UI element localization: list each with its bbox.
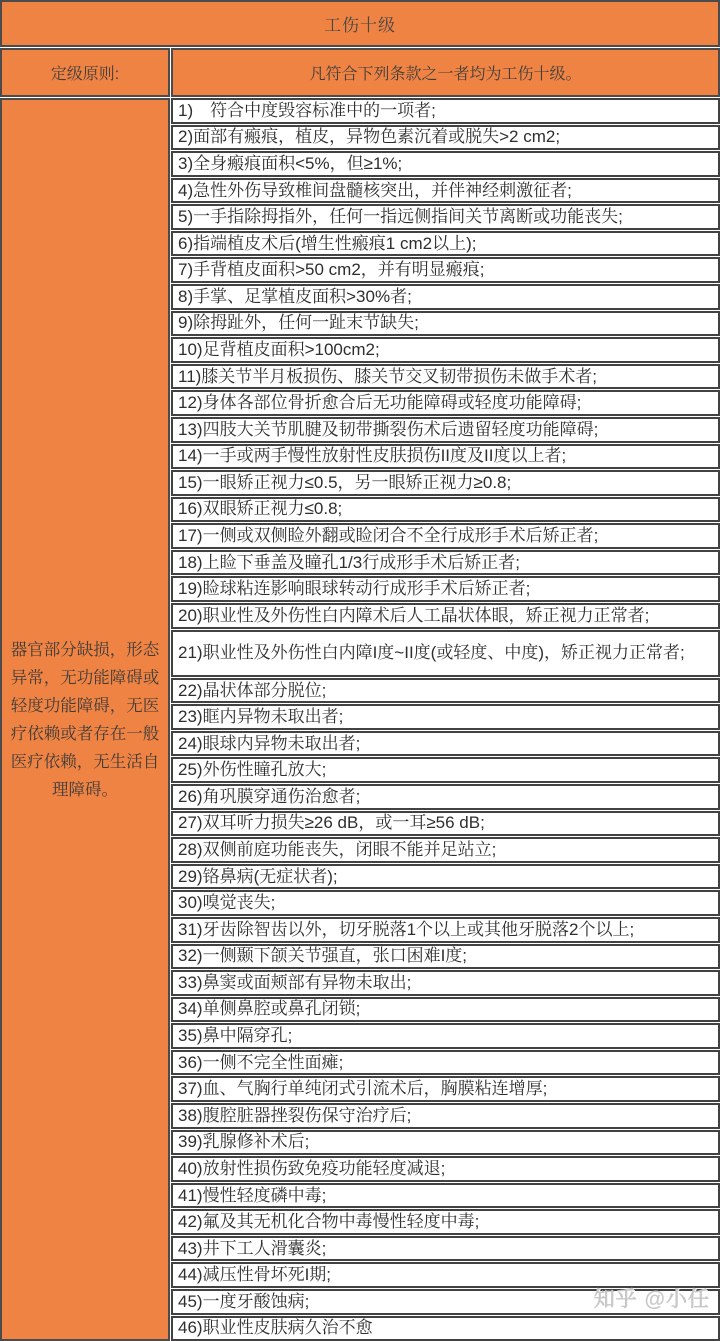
criteria-item: 39)乳腺修补术后; bbox=[171, 1130, 720, 1156]
criteria-item: 12)身体各部位骨折愈合后无功能障碍或轻度功能障碍; bbox=[171, 390, 720, 416]
criteria-item: 46)职业性皮肤病久治不愈 bbox=[171, 1316, 720, 1341]
criteria-item: 13)四肢大关节肌腱及韧带撕裂伤术后遗留轻度功能障碍; bbox=[171, 417, 720, 443]
criteria-item: 25)外伤性瞳孔放大; bbox=[171, 757, 720, 783]
criteria-item: 6)指端植皮术后(增生性瘢痕1 cm2以上); bbox=[171, 231, 720, 257]
grade-description: 器官部分缺损，形态异常，无功能障碍或轻度功能障碍，无医疗依赖或者存在一般医疗依赖… bbox=[0, 98, 170, 1341]
criteria-item: 26)角巩膜穿通伤治愈者; bbox=[171, 784, 720, 810]
criteria-item: 3)全身瘢痕面积<5%，但≥1%; bbox=[171, 151, 720, 177]
criteria-item: 21)职业性及外伤性白内障I度~II度(或轻度、中度)，矫正视力正常者; bbox=[171, 630, 720, 677]
criteria-item: 2)面部有瘢痕，植皮，异物色素沉着或脱失>2 cm2; bbox=[171, 125, 720, 151]
criteria-item: 28)双侧前庭功能丧失，闭眼不能并足站立; bbox=[171, 837, 720, 863]
criteria-item: 24)眼球内异物未取出者; bbox=[171, 731, 720, 757]
criteria-item: 29)铬鼻病(无症状者); bbox=[171, 864, 720, 890]
criteria-item: 34)单侧鼻腔或鼻孔闭锁; bbox=[171, 997, 720, 1023]
criteria-item: 30)嗅觉丧失; bbox=[171, 890, 720, 916]
table-title: 工伤十级 bbox=[0, 0, 720, 47]
criteria-item: 27)双耳听力损失≥26 dB，或一耳≥56 dB; bbox=[171, 811, 720, 837]
criteria-item: 19)睑球粘连影响眼球转动行成形手术后矫正者; bbox=[171, 576, 720, 602]
criteria-item: 22)晶状体部分脱位; bbox=[171, 678, 720, 704]
principle-value: 凡符合下列条款之一者均为工伤十级。 bbox=[171, 48, 720, 97]
criteria-item: 37)血、气胸行单纯闭式引流术后，胸膜粘连增厚; bbox=[171, 1076, 720, 1102]
criteria-item: 9)除拇趾外，任何一趾末节缺失; bbox=[171, 311, 720, 337]
criteria-list: 1) 符合中度毁容标准中的一项者;2)面部有瘢痕，植皮，异物色素沉着或脱失>2 … bbox=[171, 98, 720, 1341]
criteria-item: 41)慢性轻度磷中毒; bbox=[171, 1183, 720, 1209]
criteria-item: 42)氟及其无机化合物中毒慢性轻度中毒; bbox=[171, 1209, 720, 1235]
criteria-item: 7)手背植皮面积>50 cm2，并有明显瘢痕; bbox=[171, 257, 720, 283]
criteria-item: 33)鼻窦或面颊部有异物未取出; bbox=[171, 970, 720, 996]
criteria-item: 4)急性外伤导致椎间盘髓核突出，并伴神经刺激征者; bbox=[171, 178, 720, 204]
criteria-item: 43)井下工人滑囊炎; bbox=[171, 1236, 720, 1262]
criteria-item: 17)一侧或双侧睑外翻或睑闭合不全行成形手术后矫正者; bbox=[171, 523, 720, 549]
main-row: 器官部分缺损，形态异常，无功能障碍或轻度功能障碍，无医疗依赖或者存在一般医疗依赖… bbox=[0, 98, 720, 1341]
criteria-item: 45)一度牙酸蚀病; bbox=[171, 1289, 720, 1315]
criteria-item: 20)职业性及外伤性白内障术后人工晶状体眼，矫正视力正常者; bbox=[171, 603, 720, 629]
criteria-item: 15)一眼矫正视力≤0.5，另一眼矫正视力≥0.8; bbox=[171, 470, 720, 496]
criteria-item: 35)鼻中隔穿孔; bbox=[171, 1023, 720, 1049]
principle-row: 定级原则: 凡符合下列条款之一者均为工伤十级。 bbox=[0, 48, 720, 97]
injury-grade-table: 工伤十级 定级原则: 凡符合下列条款之一者均为工伤十级。 器官部分缺损，形态异常… bbox=[0, 0, 720, 1341]
criteria-item: 5)一手指除拇指外，任何一指远侧指间关节离断或功能丧失; bbox=[171, 204, 720, 230]
criteria-item: 32)一侧颞下颌关节强直，张口困难I度; bbox=[171, 944, 720, 970]
criteria-item: 8)手掌、足掌植皮面积>30%者; bbox=[171, 284, 720, 310]
principle-label: 定级原则: bbox=[0, 48, 170, 97]
criteria-item: 14)一手或两手慢性放射性皮肤损伤II度及II度以上者; bbox=[171, 444, 720, 470]
criteria-item: 31)牙齿除智齿以外，切牙脱落1个以上或其他牙脱落2个以上; bbox=[171, 917, 720, 943]
criteria-item: 10)足背植皮面积>100cm2; bbox=[171, 337, 720, 363]
criteria-item: 23)眶内异物未取出者; bbox=[171, 704, 720, 730]
criteria-item: 11)膝关节半月板损伤、膝关节交叉韧带损伤未做手术者; bbox=[171, 364, 720, 390]
criteria-item: 18)上睑下垂盖及瞳孔1/3行成形手术后矫正者; bbox=[171, 550, 720, 576]
criteria-item: 1) 符合中度毁容标准中的一项者; bbox=[171, 98, 720, 124]
criteria-item: 38)腹腔脏器挫裂伤保守治疗后; bbox=[171, 1103, 720, 1129]
criteria-item: 36)一侧不完全性面瘫; bbox=[171, 1050, 720, 1076]
criteria-item: 40)放射性损伤致免疫功能轻度减退; bbox=[171, 1156, 720, 1182]
criteria-item: 44)减压性骨坏死I期; bbox=[171, 1262, 720, 1288]
criteria-item: 16)双眼矫正视力≤0.8; bbox=[171, 497, 720, 523]
